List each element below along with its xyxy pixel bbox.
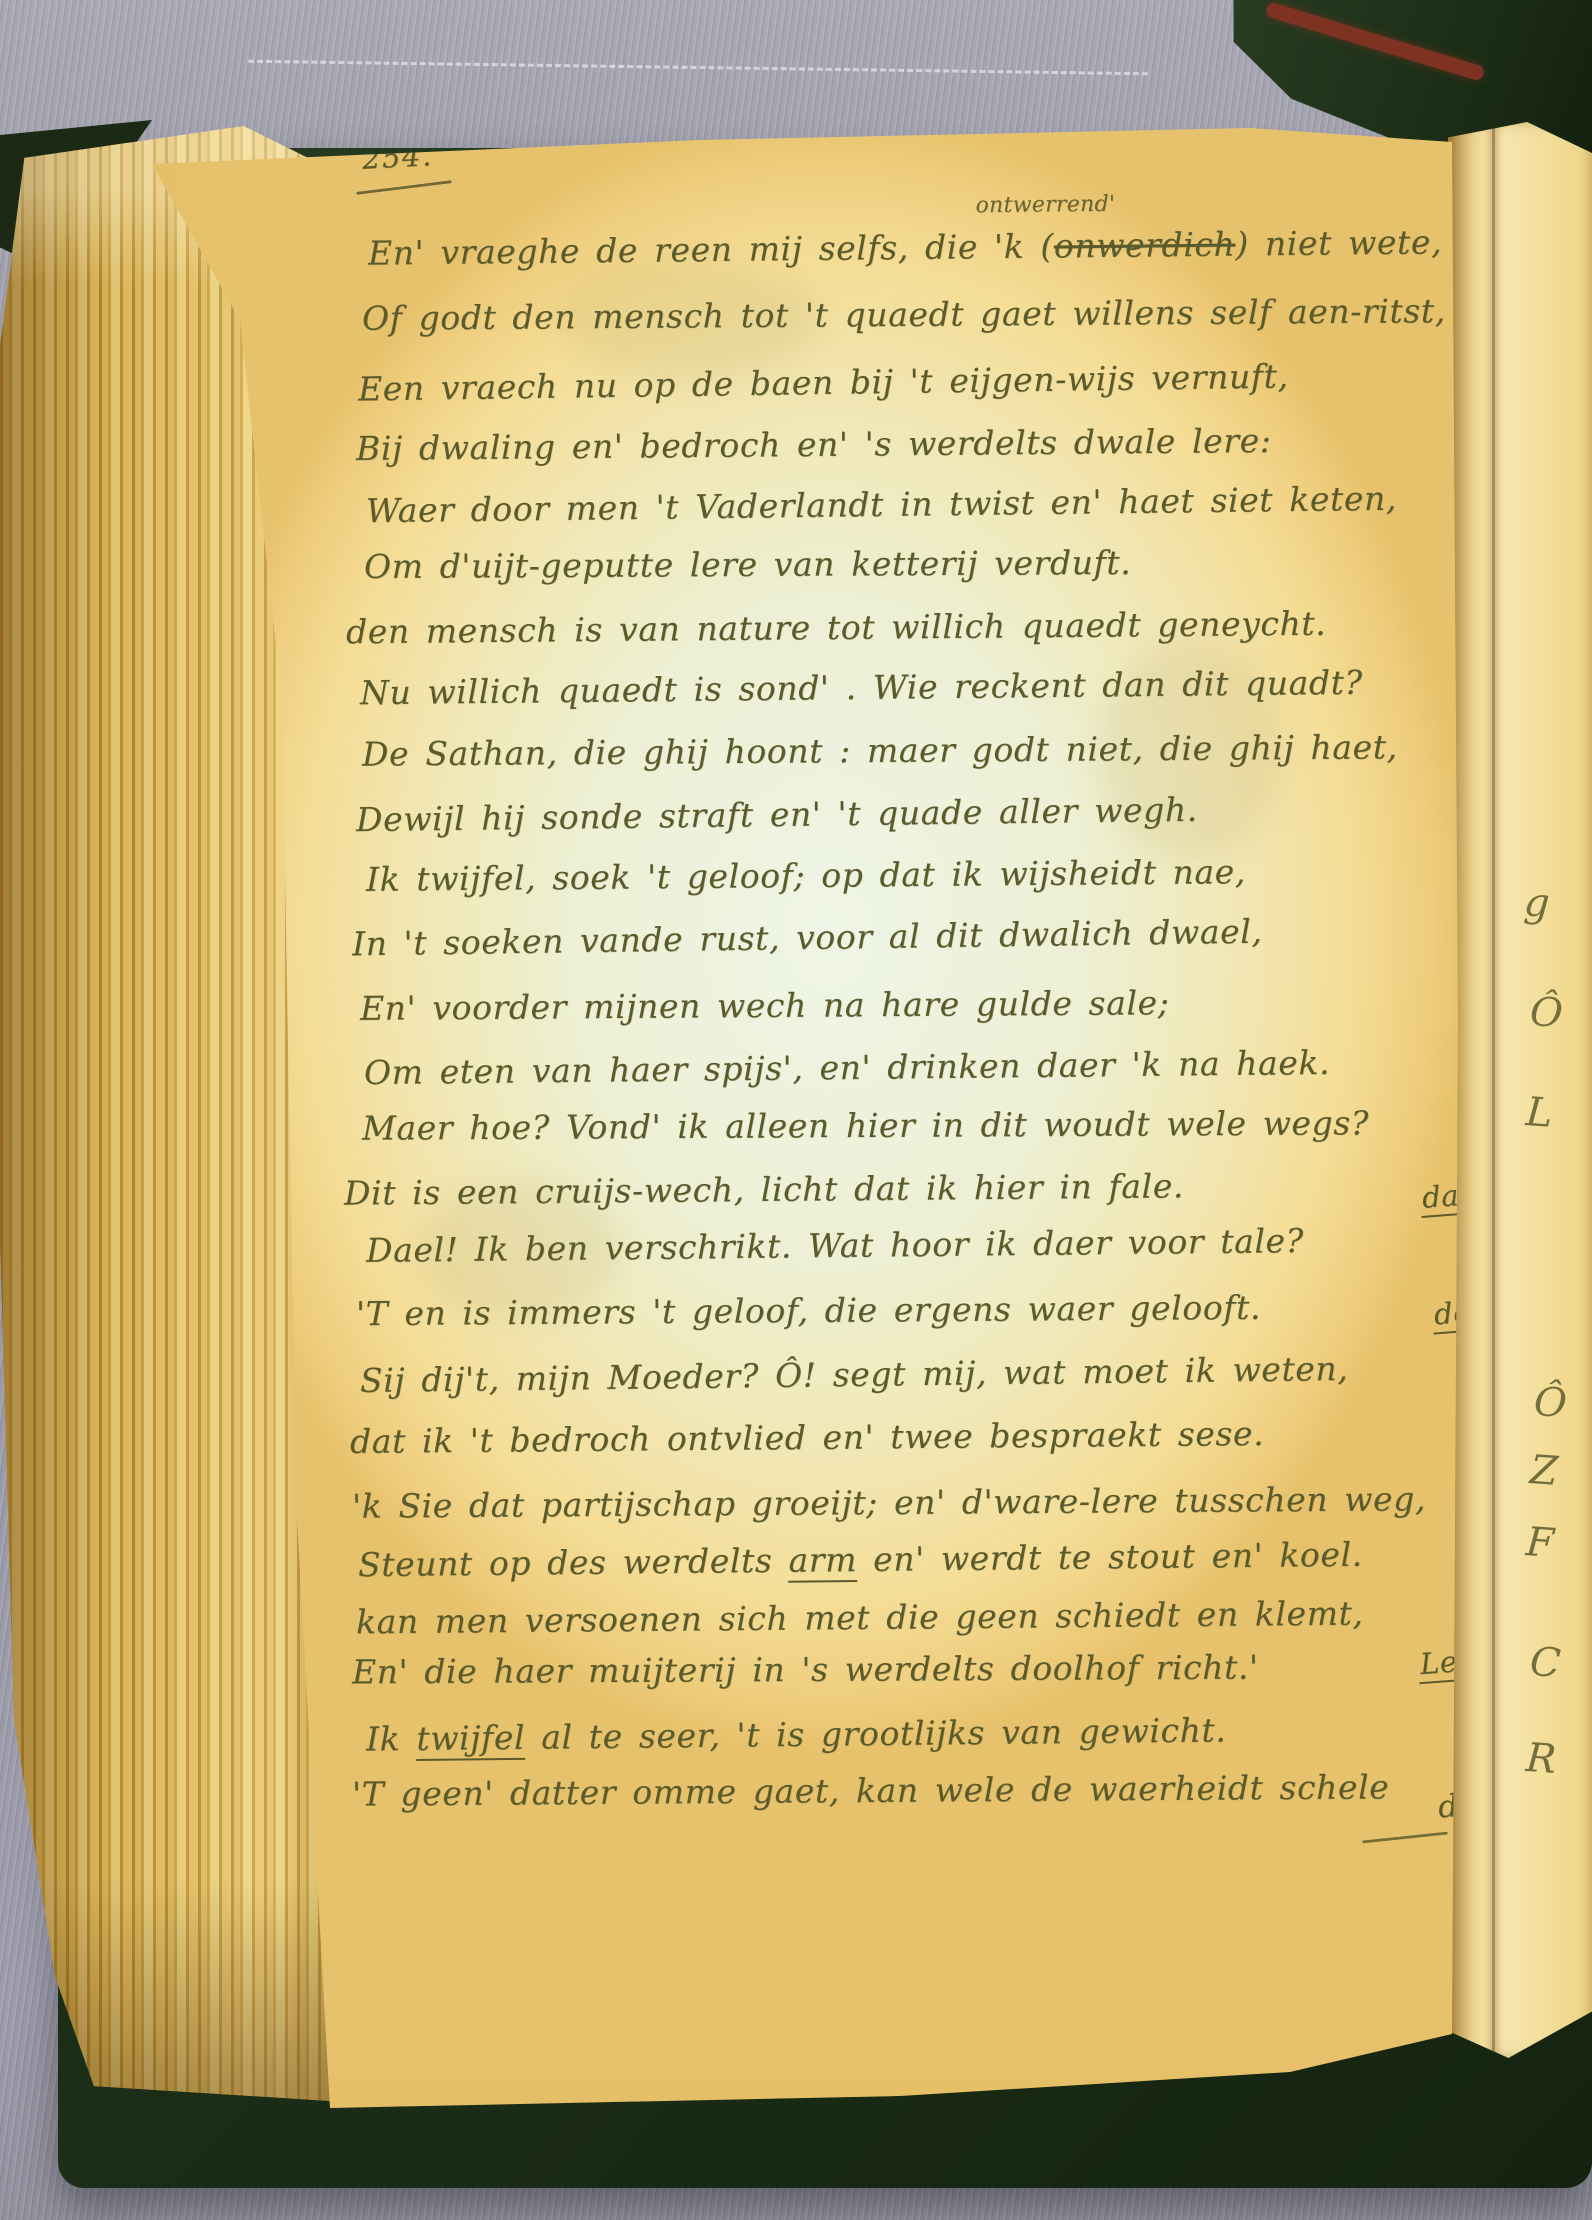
edge-text-fragment: F [1524,1519,1555,1567]
struck-word: onwerdich [1054,225,1236,266]
line-text: 'k Sie dat partijschap groeijt; en' d'wa… [352,1479,1426,1525]
edge-text-fragment: g [1522,879,1551,927]
manuscript-line: Steunt op des werdelts arm en' werdt te … [358,1535,1363,1585]
edge-text-fragment: C [1528,1639,1562,1687]
manuscript-line: 'k Sie dat partijschap groeijt; en' d'wa… [352,1479,1426,1525]
line-text: De Sathan, die ghij hoont : maer godt ni… [362,727,1398,773]
page-number-underline [356,180,452,195]
manuscript-line: In 't soeken vande rust, voor al dit dwa… [352,912,1263,964]
manuscript-line: 'T en is immers 't geloof, die ergens wa… [356,1288,1261,1333]
edge-text-fragment: R [1524,1735,1557,1783]
manuscript-line: En' voorder mijnen wech na hare gulde sa… [360,983,1170,1028]
manuscript-line: De Sathan, die ghij hoont : maer godt ni… [362,727,1398,773]
line-text: Dit is een cruijs-wech, licht dat ik hie… [344,1166,1184,1212]
edge-text-fragment: Z [1528,1447,1559,1495]
line-text: 'T geen' datter omme gaet, kan wele de w… [352,1767,1390,1813]
manuscript-line: Ik twijfel al te seer, 't is grootlijks … [366,1710,1227,1758]
manuscript-line: Ik twijfel, soek 't geloof; op dat ik wi… [366,852,1246,899]
manuscript-line: Om d'uijt-geputte lere van ketterij verd… [364,543,1132,586]
edge-text-fragment: Ô [1528,989,1564,1037]
line-text: Waer door men 't Vaderlandt in twist en'… [366,479,1397,531]
manuscript-line: En' die haer muijterij in 's werdelts do… [352,1648,1259,1692]
line-text: Een vraech nu op de baen bij 't eijgen-w… [358,357,1289,409]
fabric-seam [248,60,1148,76]
edge-text-fragment: Ô [1532,1379,1568,1427]
line-text: Sij dij't, mijn Moeder? Ô! segt mij, wat… [360,1349,1349,1400]
manuscript-line: Sij dij't, mijn Moeder? Ô! segt mij, wat… [360,1349,1349,1400]
line-text: En' die haer muijterij in 's werdelts do… [352,1648,1259,1692]
line-text: Ik twijfel, soek 't geloof; op dat ik wi… [366,852,1246,899]
manuscript-line: Waer door men 't Vaderlandt in twist en'… [366,479,1397,531]
line-text: dat ik 't bedroch ontvlied en' twee besp… [350,1414,1265,1461]
manuscript-line: Om eten van haer spijs', en' drinken dae… [364,1043,1331,1092]
line-text: En' vraeghe de reen mij selfs, die 'k ( [368,226,1054,272]
line-text: Dewijl hij sonde straft en' 't quade all… [356,790,1198,839]
catchword-swash [1362,1832,1448,1844]
line-text: al te seer, 't is grootlijks van gewicht… [525,1710,1227,1756]
edge-text-fragment: L [1524,1089,1554,1137]
manuscript-photo: { "ink_color": "#5b5a2b", "paper_color":… [0,0,1592,2220]
manuscript-line: Maer hoe? Vond' ik alleen hier in dit wo… [362,1103,1369,1147]
manuscript-line: Of godt den mensch tot 't quaedt gaet wi… [362,291,1446,338]
manuscript-line: dat ik 't bedroch ontvlied en' twee besp… [350,1414,1265,1461]
page-fold-line [1492,122,1495,2058]
line-text: ) niet wete, [1235,222,1442,263]
manuscript-line: 'T geen' datter omme gaet, kan wele de w… [352,1767,1390,1813]
underlined-word: arm [788,1540,857,1583]
interlinear-correction: ontwerrend' [975,192,1115,218]
line-text: Maer hoe? Vond' ik alleen hier in dit wo… [362,1103,1369,1147]
line-text: Steunt op des werdelts [358,1541,789,1585]
manuscript-line: Dit is een cruijs-wech, licht dat ik hie… [344,1166,1184,1212]
line-text: kan men versoenen sich met die geen schi… [356,1594,1364,1642]
next-page-sliver: gÔLÔZFCR [1448,122,1592,2058]
line-text: In 't soeken vande rust, voor al dit dwa… [352,912,1263,964]
page-number: 254. [361,138,433,176]
manuscript-line: Een vraech nu op de baen bij 't eijgen-w… [358,357,1289,409]
line-text: en' werdt te stout en' koel. [857,1535,1363,1579]
line-text: Om eten van haer spijs', en' drinken dae… [364,1043,1331,1092]
line-text: Ik [366,1719,417,1759]
underlined-word: twijfel [416,1718,525,1761]
line-text: 'T en is immers 't geloof, die ergens wa… [356,1288,1261,1333]
line-text: En' voorder mijnen wech na hare gulde sa… [360,983,1170,1028]
manuscript-line: Dewijl hij sonde straft en' 't quade all… [356,790,1198,839]
line-text: Om d'uijt-geputte lere van ketterij verd… [364,543,1132,586]
line-text: Bij dwaling en' bedroch en' 's werdelts … [356,421,1272,468]
manuscript-line: Bij dwaling en' bedroch en' 's werdelts … [356,421,1272,468]
manuscript-line: kan men versoenen sich met die geen schi… [356,1594,1364,1642]
line-text: Of godt den mensch tot 't quaedt gaet wi… [362,291,1446,338]
manuscript-line: En' vraeghe de reen mij selfs, die 'k (o… [368,222,1442,272]
